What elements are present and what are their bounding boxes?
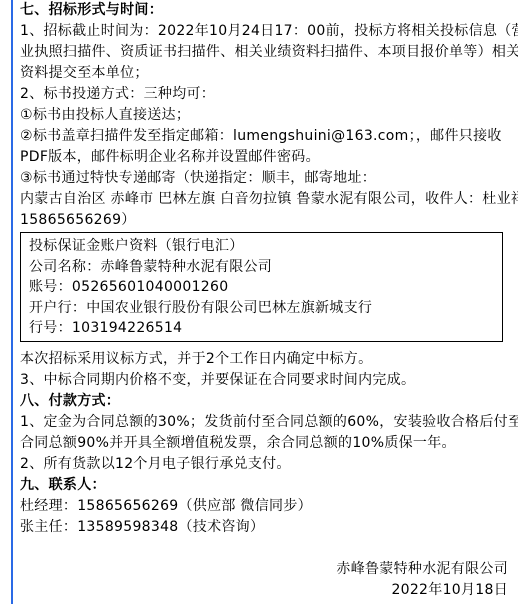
section-7-line-phone: 15865656269） [20, 210, 508, 231]
section-8-line-payment-terms-1: 1、定金为合同总额的30%；发货前付至合同总额的60%，安装验收合格后付至 [20, 412, 508, 433]
section-7-line-materials-1: 业执照扫描件、资质证书扫描件、相关业绩资料扫描件、本项目报价单等）相关 [20, 42, 508, 63]
deposit-box-title: 投标保证金账户资料（银行电汇） [29, 236, 494, 257]
signature-company: 赤峰鲁蒙特种水泥有限公司 [20, 559, 508, 580]
section-7-line-delivery-methods: 2、标书投递方式：三种均可： [20, 84, 508, 105]
deposit-box-bank-name: 开户行：中国农业银行股份有限公司巴林左旗新城支行 [29, 298, 494, 319]
section-7-line-materials-2: 资料提交至本单位； [20, 63, 508, 84]
section-8-heading: 八、付款方式： [20, 391, 508, 412]
deposit-box-account-number: 账号：05265601040001260 [29, 277, 494, 298]
section-7-line-method-3-express: ③标书通过特快专递邮寄（快递指定：顺丰，邮寄地址： [20, 168, 508, 189]
section-7-line-method-2-pdf: PDF版本，邮件标明企业名称并设置邮件密码。 [20, 147, 508, 168]
deposit-box-bank-code: 行号：103194226514 [29, 318, 494, 339]
section-9-heading: 九、联系人： [20, 475, 508, 496]
section-8-line-payment-terms-2: 合同总额90%并开具全额增值税发票，余合同总额的10%质保一年。 [20, 433, 508, 454]
signature-date: 2022年10月18日 [20, 580, 508, 601]
section-7-line-deadline: 1、招标截止时间为：2022年10月24日17：00前，投标方将相关投标信息（营 [20, 21, 508, 42]
section-7-line-method-2-email: ②标书盖章扫描件发至指定邮箱：lumengshuini@163.com；，邮件只… [20, 126, 508, 147]
tender-notice-page: 七、招标形式与时间： 1、招标截止时间为：2022年10月24日17：00前，投… [0, 0, 518, 611]
section-8-line-payment-terms-3: 2、所有货款以12个月电子银行承兑支付。 [20, 454, 508, 475]
deposit-box-company-name: 公司名称：赤峰鲁蒙特种水泥有限公司 [29, 257, 494, 278]
section-7-line-method-1: ①标书由投标人直接送达； [20, 105, 508, 126]
signature-spacer [20, 538, 508, 559]
tender-notice-document: 七、招标形式与时间： 1、招标截止时间为：2022年10月24日17：00前，投… [20, 0, 508, 601]
price-fixed-line: 3、中标合同期内价格不变，并要保证在合同要求时间内完成。 [20, 370, 508, 391]
section-7-line-address: 内蒙古自治区 赤峰市 巴林左旗 白音勿拉镇 鲁蒙水泥有限公司，收件人：杜业祥 [20, 189, 508, 210]
left-accent-line [11, 0, 13, 604]
section-7-heading: 七、招标形式与时间： [20, 0, 508, 21]
contact-director-zhang: 张主任：13589598348（技术咨询） [20, 517, 508, 538]
contact-manager-du: 杜经理：15865656269（供应部 微信同步） [20, 496, 508, 517]
deposit-account-box: 投标保证金账户资料（银行电汇） 公司名称：赤峰鲁蒙特种水泥有限公司 账号：052… [20, 232, 503, 342]
negotiation-method-line: 本次招标采用议标方式，并于2个工作日内确定中标方。 [20, 349, 508, 370]
